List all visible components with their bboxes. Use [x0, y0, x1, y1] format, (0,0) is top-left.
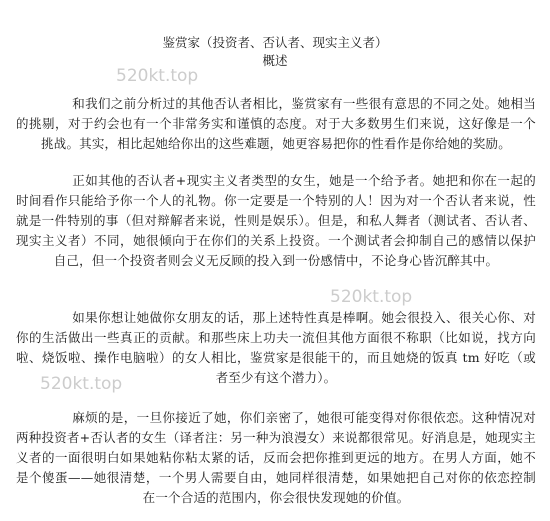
paragraph-girlfriend: 如果你想让她做你女朋友的话，那上述特性真是棒啊。她会很投入、很关心你、对你的生活… — [16, 308, 536, 388]
paragraph-giver: 正如其他的否认者+现实主义者类型的女生，她是一个给予者。她把和你在一起的时间看作… — [16, 171, 536, 271]
watermark: 520kt.top — [116, 66, 198, 86]
document-subtitle: 概述 — [0, 53, 550, 69]
paragraph-intro: 和我们之前分析过的其他否认者相比，鉴赏家有一些很有意思的不同之处。她相当的挑剔，… — [16, 94, 536, 154]
document-title: 鉴赏家（投资者、否认者、现实主义者） — [0, 35, 550, 51]
document-page: 鉴赏家（投资者、否认者、现实主义者） 概述 520kt.top 520kt.to… — [0, 0, 550, 521]
watermark: 520kt.top — [330, 287, 412, 307]
paragraph-attachment: 麻烦的是，一旦你接近了她，你们亲密了，她很可能变得对你很依恋。这种情况对两种投资… — [16, 408, 536, 508]
